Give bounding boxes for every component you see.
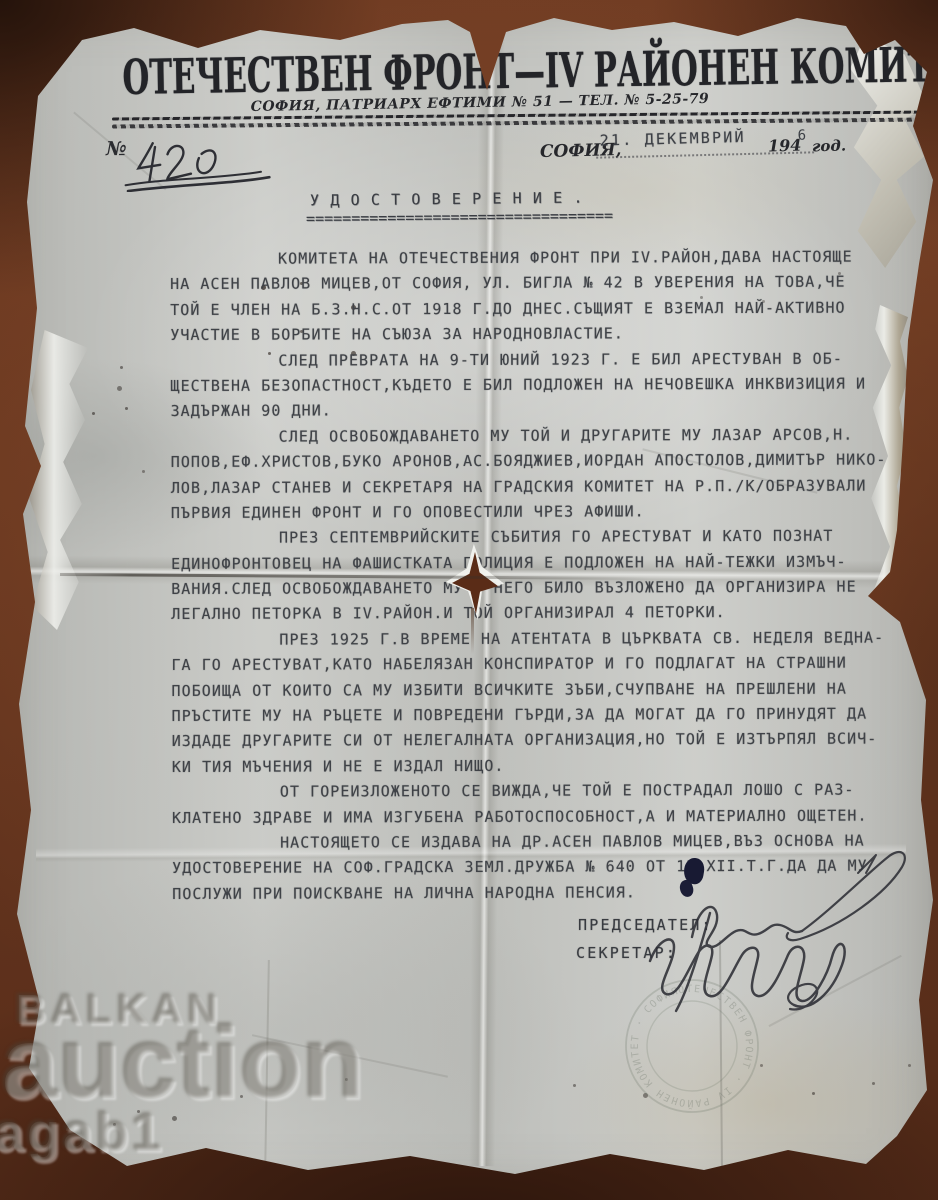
body-line: ЛОВ,ЛАЗАР СТАНЕВ И СЕКРЕТАРЯ НА ГРАДСКИЯ…: [171, 476, 887, 504]
body-line: ЗАДЪРЖАН 90 ДНИ.: [171, 400, 887, 428]
fold-slit: [471, 608, 474, 654]
body-line: КИ ТИЯ МЪЧЕНИЯ И НЕ Е ИЗДАЛ НИЩО.: [172, 755, 888, 783]
date-typed: 21. ДЕКЕМВРИЙ: [600, 128, 746, 150]
body-line: ПЪРВИЯ ЕДИНЕН ФРОНТ И ГО ОПОВЕСТИЛИ ЧРЕЗ…: [171, 501, 887, 529]
body-line: ПОПОВ,ЕФ.ХРИСТОВ,БУКО АРОНОВ,АС.БОЯДЖИЕВ…: [171, 451, 887, 479]
body-line: ПРЕЗ 1925 Г.В ВРЕМЕ НА АТЕНТАТА В ЦЪРКВА…: [171, 628, 887, 656]
body-line: ВАНИЯ.СЛЕД ОСВОБОЖДАВАНЕТО МУ НЕГО БИЛО …: [171, 578, 887, 606]
year-printed: 194: [768, 136, 802, 156]
watermark-agab1: agab1: [0, 1102, 165, 1164]
body-line: КОМИТЕТА НА ОТЕЧЕСТВЕНИЯ ФРОНТ ПРИ IV.РА…: [170, 248, 886, 276]
body-line: ОТ ГОРЕИЗЛОЖЕНОТО СЕ ВИЖДА,ЧЕ ТОЙ Е ПОСТ…: [172, 781, 888, 809]
body-line: ГА ГО АРЕСТУВАТ,КАТО НАБЕЛЯЗАН КОНСПИРАТ…: [171, 654, 887, 682]
body-line: УЧАСТИЕ В БОРБИТЕ НА СЪЮЗА ЗА НАРОДНОВЛА…: [170, 324, 886, 352]
handwritten-number-420: [120, 130, 280, 192]
year-suffix: год.: [812, 137, 847, 156]
body-line: НА АСЕН ПАВЛОВ МИЦЕВ,ОТ СОФИЯ, УЛ. БИГЛА…: [170, 273, 886, 301]
body-line: ПОБОИЩА ОТ КОИТО СА МУ ИЗБИТИ ВСИЧКИТЕ З…: [172, 679, 888, 707]
body-line: КЛАТЕНО ЗДРАВЕ И ИМА ИЗГУБЕНА РАБОТОСПОС…: [172, 806, 888, 834]
year-handwritten: 6: [798, 128, 807, 144]
pinholes: [0, 0, 3, 3]
photo-of-document: ОТЕЧЕСТВЕН ФРОНТ—IV РАЙОНЕН КОМИТЕТ СОФИ…: [0, 0, 938, 1200]
body-line: ПРЕЗ СЕПТЕМВРИЙСКИТЕ СЪБИТИЯ ГО АРЕСТУВА…: [171, 527, 887, 555]
document-title-underline: ==================================: [306, 206, 613, 227]
body-line: СЛЕД ПРЕВРАТА НА 9-ТИ ЮНИЙ 1923 Г. Е БИЛ…: [170, 349, 886, 377]
document-number-group: №: [106, 130, 276, 190]
ink-signatures: [552, 845, 938, 1025]
body-line: ТОЙ Е ЧЛЕН НА Б.З.Н.С.ОТ 1918 Г.ДО ДНЕС.…: [170, 298, 886, 326]
body-line: ПРЪСТИТЕ МУ НА РЪЦЕТЕ И ПОВРЕДЕНИ ГЪРДИ,…: [172, 705, 888, 733]
body-line: СЛЕД ОСВОБОЖДАВАНЕТО МУ ТОЙ И ДРУГАРИТЕ …: [171, 425, 887, 453]
body-line: ЛЕГАЛНО ПЕТОРКА В IV.РАЙОН.И ТОЙ ОРГАНИЗ…: [171, 603, 887, 631]
body-line: ИЗДАДЕ ДРУГАРИТЕ СИ ОТ НЕЛЕГАЛНАТА ОРГАН…: [172, 730, 888, 758]
body-line: ЩЕСТВЕНА БЕЗОПАСТНОСТ,КЪДЕТО Е БИЛ ПОДЛО…: [170, 374, 886, 402]
date-line: СОФИЯ, 21. ДЕКЕМВРИЙ 194 6 год.: [539, 122, 870, 176]
